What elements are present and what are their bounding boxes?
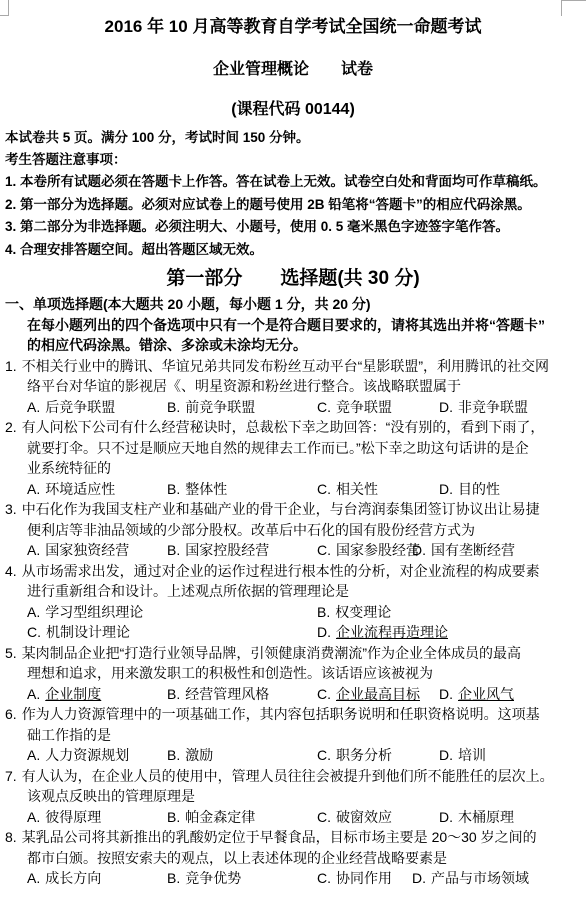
option-label: A. — [27, 747, 40, 763]
option-label: D. — [439, 686, 453, 702]
option-label: D. — [439, 399, 453, 415]
option-a: A.学习型组织理论 — [27, 602, 317, 623]
question-line: 础工作指的是 — [0, 725, 586, 746]
option-label: C. — [317, 542, 331, 558]
option-label: D. — [412, 542, 426, 558]
question-number: 3. — [5, 501, 17, 517]
paper-info: 本试卷共 5 页。满分 100 分，考试时间 150 分钟。 — [0, 127, 586, 149]
option-label: C. — [317, 686, 331, 702]
question-text: 不相关行业中的腾讯、华谊兄弟共同发布粉丝互动平台“星影联盟”，利用腾讯的社交网 — [22, 358, 549, 374]
options-row: A.企业制度 B.经营管理风格 C.企业最高目标 D.企业风气 — [0, 684, 586, 705]
question-text: 某乳品公司将其新推出的乳酸奶定位于早餐食品，目标市场主要是 20～30 岁之间的 — [22, 829, 537, 845]
option-label: D. — [317, 624, 331, 640]
option-text: 前竞争联盟 — [185, 399, 255, 415]
option-b: B.帕金森定律 — [167, 807, 317, 828]
option-text: 整体性 — [185, 481, 227, 497]
option-text: 国家控股经营 — [185, 542, 269, 558]
question-1: 1.不相关行业中的腾讯、华谊兄弟共同发布粉丝互动平台“星影联盟”，利用腾讯的社交… — [0, 356, 586, 418]
option-text: 环境适应性 — [45, 481, 115, 497]
option-text: 非竞争联盟 — [458, 399, 528, 415]
options-row: A.人力资源规划 B.激励 C.职务分析 D.培训 — [0, 745, 586, 766]
notice-item-4: 4. 合理安排答题空间。超出答题区域无效。 — [0, 239, 586, 262]
option-label: C. — [317, 399, 331, 415]
question-line: 理想和追求，用来激发职工的积极性和创造性。该话语应该被视为 — [0, 663, 586, 684]
option-b: B.国家控股经营 — [167, 540, 317, 561]
option-text: 激励 — [185, 747, 213, 763]
question-text: 从市场需求出发，通过对企业的运作过程进行根本性的分析，对企业流程的构成要素 — [22, 563, 540, 579]
question-8: 8.某乳品公司将其新推出的乳酸奶定位于早餐食品，目标市场主要是 20～30 岁之… — [0, 827, 586, 889]
question-text: 有人认为，在企业人员的使用中，管理人员往往会被提升到他们所不能胜任的层次上。 — [22, 768, 554, 784]
option-b: B.前竞争联盟 — [167, 397, 317, 418]
option-c: C.机制设计理论 — [27, 622, 317, 643]
option-text: 协同作用 — [336, 870, 392, 886]
option-a: A.后竞争联盟 — [27, 397, 167, 418]
options-row: C.机制设计理论 D.企业流程再造理论 — [0, 622, 586, 643]
option-text: 企业最高目标 — [336, 686, 420, 702]
options-row: A.学习型组织理论 B.权变理论 — [0, 602, 586, 623]
notice-item-3: 3. 第二部分为非选择题。必须注明大、小题号，使用 0. 5 毫米黑色字迹签字笔… — [0, 216, 586, 239]
option-d: D.非竞争联盟 — [439, 397, 528, 418]
option-label: A. — [27, 686, 40, 702]
question-4: 4.从市场需求出发，通过对企业的运作过程进行根本性的分析，对企业流程的构成要素 … — [0, 561, 586, 643]
option-c: C.竞争联盟 — [317, 397, 439, 418]
option-text: 学习型组织理论 — [45, 604, 143, 620]
question-number: 7. — [5, 768, 17, 784]
option-label: C. — [317, 747, 331, 763]
option-b: B.整体性 — [167, 479, 317, 500]
question-number: 6. — [5, 706, 17, 722]
option-label: A. — [27, 604, 40, 620]
option-label: C. — [317, 870, 331, 886]
option-label: D. — [439, 747, 453, 763]
question-line: 3.中石化作为我国支柱产业和基础产业的骨干企业，与台湾润泰集团签订协议出让易捷 — [0, 499, 586, 520]
question-5: 5.某肉制品企业把“打造行业领导品牌，引领健康消费潮流”作为企业全体成员的最高 … — [0, 643, 586, 705]
option-text: 企业制度 — [45, 686, 101, 702]
option-label: B. — [167, 399, 180, 415]
option-text: 帕金森定律 — [185, 809, 255, 825]
question-number: 5. — [5, 645, 17, 661]
notice-item-2: 2. 第一部分为选择题。必须对应试卷上的题号使用 2B 铅笔将“答题卡”的相应代… — [0, 194, 586, 217]
options-row: A.彼得原理 B.帕金森定律 C.破窗效应 D.木桶原理 — [0, 807, 586, 828]
option-c: C.协同作用 — [317, 868, 412, 889]
question-line: 4.从市场需求出发，通过对企业的运作过程进行根本性的分析，对企业流程的构成要素 — [0, 561, 586, 582]
option-label: B. — [167, 686, 180, 702]
option-d: D.企业风气 — [439, 684, 514, 705]
option-c: C.相关性 — [317, 479, 439, 500]
question-3: 3.中石化作为我国支柱产业和基础产业的骨干企业，与台湾润泰集团签订协议出让易捷 … — [0, 499, 586, 561]
question-text: 某肉制品企业把“打造行业领导品牌，引领健康消费潮流”作为企业全体成员的最高 — [22, 645, 521, 661]
option-text: 后竞争联盟 — [45, 399, 115, 415]
option-d: D.目的性 — [439, 479, 500, 500]
option-text: 破窗效应 — [336, 809, 392, 825]
option-a: A.企业制度 — [27, 684, 167, 705]
question-2: 2.有人问松下公司有什么经营秘诀时，总裁松下幸之助回答：“没有别的，看到下雨了，… — [0, 417, 586, 499]
directions-line-2: 的相应代码涂黑。错涂、多涂或未涂均无分。 — [0, 335, 586, 356]
option-text: 木桶原理 — [458, 809, 514, 825]
option-d: D.培训 — [439, 745, 486, 766]
exam-paper-page: 2016 年 10 月高等教育自学考试全国统一命题考试 企业管理概论 试卷 (课… — [0, 0, 586, 900]
question-line: 该观点反映出的管理原理是 — [0, 786, 586, 807]
option-d: D.国有垄断经营 — [412, 540, 515, 561]
question-7: 7.有人认为，在企业人员的使用中，管理人员往往会被提升到他们所不能胜任的层次上。… — [0, 766, 586, 828]
option-text: 企业流程再造理论 — [336, 624, 448, 640]
question-text: 有人问松下公司有什么经营秘诀时，总裁松下幸之助回答：“没有别的，看到下雨了， — [22, 419, 545, 435]
question-line: 2.有人问松下公司有什么经营秘诀时，总裁松下幸之助回答：“没有别的，看到下雨了， — [0, 417, 586, 438]
question-area: 一、单项选择题(本大题共 20 小题，每小题 1 分，共 20 分) 在每小题列… — [0, 294, 586, 889]
option-label: A. — [27, 870, 40, 886]
part-heading: 一、单项选择题(本大题共 20 小题，每小题 1 分，共 20 分) — [0, 294, 586, 315]
option-label: D. — [439, 481, 453, 497]
options-row: A.后竞争联盟 B.前竞争联盟 C.竞争联盟 D.非竞争联盟 — [0, 397, 586, 418]
option-a: A.成长方向 — [27, 868, 167, 889]
option-text: 人力资源规划 — [45, 747, 129, 763]
options-row: A.成长方向 B.竞争优势 C.协同作用 D.产品与市场领域 — [0, 868, 586, 889]
question-line: 进行重新组合和设计。上述观点所依据的管理理论是 — [0, 581, 586, 602]
exam-title: 2016 年 10 月高等教育自学考试全国统一命题考试 — [4, 15, 582, 39]
option-text: 国有垄断经营 — [431, 542, 515, 558]
option-label: D. — [412, 870, 426, 886]
course-title: 企业管理概论 试卷 — [0, 58, 586, 82]
question-line: 便利店等非油品领域的少部分股权。改革后中石化的国有股份经营方式为 — [0, 520, 586, 541]
question-line: 业系统特征的 — [0, 458, 586, 479]
option-c: C.破窗效应 — [317, 807, 439, 828]
option-label: C. — [317, 809, 331, 825]
option-c: C.国家参股经营 — [317, 540, 412, 561]
question-line: 1.不相关行业中的腾讯、华谊兄弟共同发布粉丝互动平台“星影联盟”，利用腾讯的社交… — [0, 356, 586, 377]
option-label: A. — [27, 399, 40, 415]
question-line: 8.某乳品公司将其新推出的乳酸奶定位于早餐食品，目标市场主要是 20～30 岁之… — [0, 827, 586, 848]
question-number: 2. — [5, 419, 17, 435]
option-text: 竞争优势 — [185, 870, 241, 886]
question-line: 络平台对华谊的影视居《、明星资源和粉丝进行整合。该战略联盟属于 — [0, 376, 586, 397]
option-b: B.经营管理风格 — [167, 684, 317, 705]
question-number: 8. — [5, 829, 17, 845]
option-label: B. — [167, 481, 180, 497]
question-text: 作为人力资源管理中的一项基础工作，其内容包括职务说明和任职资格说明。这项基 — [22, 706, 540, 722]
option-text: 成长方向 — [45, 870, 101, 886]
option-label: C. — [27, 624, 41, 640]
option-text: 相关性 — [336, 481, 378, 497]
question-line: 就要打伞。只不过是顺应天地自然的规律去工作而已。”松下幸之助这句话讲的是企 — [0, 438, 586, 459]
option-label: B. — [167, 870, 180, 886]
options-row: A.环境适应性 B.整体性 C.相关性 D.目的性 — [0, 479, 586, 500]
option-text: 目的性 — [458, 481, 500, 497]
option-label: C. — [317, 481, 331, 497]
option-d: D.产品与市场领域 — [412, 868, 529, 889]
question-number: 4. — [5, 563, 17, 579]
option-text: 企业风气 — [458, 686, 514, 702]
option-text: 产品与市场领域 — [431, 870, 529, 886]
option-label: B. — [167, 747, 180, 763]
option-c: C.企业最高目标 — [317, 684, 439, 705]
option-text: 竞争联盟 — [336, 399, 392, 415]
notice-title: 考生答题注意事项： — [0, 149, 586, 171]
option-text: 彼得原理 — [45, 809, 101, 825]
option-label: A. — [27, 809, 40, 825]
option-text: 机制设计理论 — [46, 624, 130, 640]
options-row: A.国家独资经营 B.国家控股经营 C.国家参股经营 D.国有垄断经营 — [0, 540, 586, 561]
question-line: 7.有人认为，在企业人员的使用中，管理人员往往会被提升到他们所不能胜任的层次上。 — [0, 766, 586, 787]
option-c: C.职务分析 — [317, 745, 439, 766]
option-text: 经营管理风格 — [185, 686, 269, 702]
page-corner-mark-right — [561, 0, 586, 16]
option-b: B.激励 — [167, 745, 317, 766]
option-a: A.国家独资经营 — [27, 540, 167, 561]
option-a: A.彼得原理 — [27, 807, 167, 828]
question-text: 中石化作为我国支柱产业和基础产业的骨干企业，与台湾润泰集团签订协议出让易捷 — [22, 501, 540, 517]
directions-line-1: 在每小题列出的四个备选项中只有一个是符合题目要求的，请将其选出并将“答题卡” — [0, 315, 586, 336]
option-d: D.木桶原理 — [439, 807, 514, 828]
course-code: (课程代码 00144) — [0, 98, 586, 122]
option-text: 职务分析 — [336, 747, 392, 763]
option-label: A. — [27, 481, 40, 497]
option-label: A. — [27, 542, 40, 558]
option-label: D. — [439, 809, 453, 825]
section-title: 第一部分 选择题(共 30 分) — [0, 264, 586, 294]
notice-item-1: 1. 本卷所有试题必须在答题卡上作答。答在试卷上无效。试卷空白处和背面均可作草稿… — [0, 171, 586, 194]
page-corner-mark-left — [0, 0, 9, 16]
question-line: 5.某肉制品企业把“打造行业领导品牌，引领健康消费潮流”作为企业全体成员的最高 — [0, 643, 586, 664]
option-a: A.环境适应性 — [27, 479, 167, 500]
option-b: B.权变理论 — [317, 602, 391, 623]
option-text: 培训 — [458, 747, 486, 763]
option-text: 权变理论 — [335, 604, 391, 620]
option-b: B.竞争优势 — [167, 868, 317, 889]
option-d: D.企业流程再造理论 — [317, 622, 448, 643]
option-label: B. — [167, 542, 180, 558]
option-label: B. — [317, 604, 330, 620]
option-text: 国家参股经营 — [336, 542, 420, 558]
question-line: 6.作为人力资源管理中的一项基础工作，其内容包括职务说明和任职资格说明。这项基 — [0, 704, 586, 725]
question-number: 1. — [5, 358, 17, 374]
option-label: B. — [167, 809, 180, 825]
question-line: 都市白颁。按照安索夫的观点，以上表述体现的企业经营战略要素是 — [0, 848, 586, 869]
option-text: 国家独资经营 — [45, 542, 129, 558]
question-6: 6.作为人力资源管理中的一项基础工作，其内容包括职务说明和任职资格说明。这项基 … — [0, 704, 586, 766]
option-a: A.人力资源规划 — [27, 745, 167, 766]
